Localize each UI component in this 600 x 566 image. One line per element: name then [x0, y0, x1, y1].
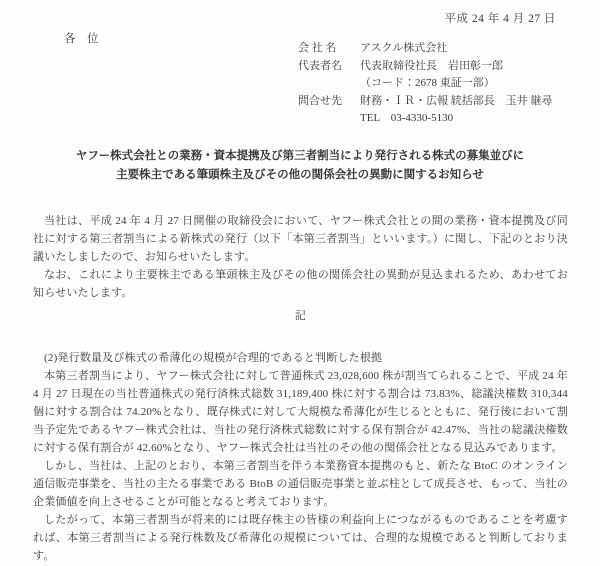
intro-paragraph-2: なお、これにより主要株主である筆頭株主及びその他の関係会社の異動が見込まれるため…	[33, 266, 568, 302]
company-name-row: 会 社 名 アスクル株式会社	[298, 40, 553, 58]
document-title: ヤフー株式会社との業務・資本提携及び第三者割当により発行される株式の募集並びに …	[0, 147, 600, 185]
salutation: 各 位	[64, 30, 99, 46]
info-label: 代表者名	[298, 58, 360, 76]
document-title-line-1: ヤフー株式会社との業務・資本提携及び第三者割当により発行される株式の募集並びに	[0, 147, 600, 166]
info-label: 会 社 名	[298, 40, 360, 58]
intro-paragraph-1: 当社は、平成 24 年 4 月 27 日開催の取締役会において、ヤフー株式会社と…	[33, 212, 568, 266]
section-paragraph-2: しかし、当社は、上記のとおり、本第三者割当を伴う本業務資本提携のもと、新たな B…	[33, 457, 568, 511]
contact-row: 問合せ先 財務・ＩＲ・広報 統括部長 玉井 継尋	[298, 93, 553, 111]
press-release-document: 平成 24 年 4 月 27 日 各 位 会 社 名 アスクル株式会社 代表者名…	[0, 0, 600, 566]
section-heading: (2)発行数量及び株式の希薄化の規模が合理的であると判断した根拠	[33, 349, 568, 367]
representative-name: 代表取締役社長 岩田彰一郎	[360, 58, 503, 76]
ki-marker: 記	[33, 307, 568, 325]
info-label	[298, 110, 360, 128]
phone-number: TEL 03-4330-5130	[360, 110, 453, 128]
info-label	[298, 75, 360, 93]
representative-row: 代表者名 代表取締役社長 岩田彰一郎	[298, 58, 553, 76]
document-title-line-2: 主要株主である筆頭株主及びその他の関係会社の異動に関するお知らせ	[0, 166, 600, 185]
stock-code-row: （コード：2678 東証一部）	[298, 75, 553, 93]
issuer-info-block: 会 社 名 アスクル株式会社 代表者名 代表取締役社長 岩田彰一郎 （コード：2…	[298, 40, 553, 128]
section-paragraph-1: 本第三者割当により、ヤフー株式会社に対して普通株式 23,028,600 株が割…	[33, 367, 568, 457]
document-date: 平成 24 年 4 月 27 日	[445, 10, 557, 26]
document-body: 当社は、平成 24 年 4 月 27 日開催の取締役会において、ヤフー株式会社と…	[33, 212, 568, 565]
company-name: アスクル株式会社	[360, 40, 447, 58]
info-label: 問合せ先	[298, 93, 360, 111]
section-paragraph-3: したがって、本第三者割当が将来的には既存株主の皆様の利益向上につながるものである…	[33, 511, 568, 565]
phone-row: TEL 03-4330-5130	[298, 110, 553, 128]
contact-person: 財務・ＩＲ・広報 統括部長 玉井 継尋	[360, 93, 553, 111]
stock-code: （コード：2678 東証一部）	[360, 75, 495, 93]
